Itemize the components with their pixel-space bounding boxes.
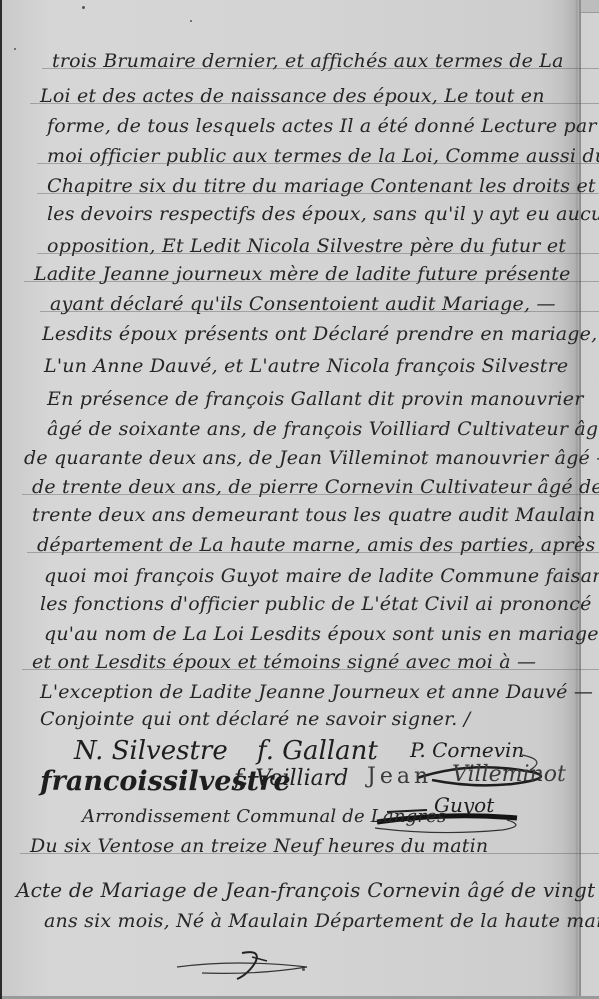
paraph-flourish <box>167 945 317 985</box>
body-line: Ladite Jeanne journeux mère de ladite fu… <box>34 265 599 284</box>
ink-speck <box>82 6 85 9</box>
signature-n-silvestre: N. Silvestre <box>74 738 228 764</box>
body-line: département de La haute marne, amis des … <box>37 536 599 555</box>
body-line: L'exception de Ladite Jeanne Journeux et… <box>40 683 599 702</box>
signature-f-gallant: f. Gallant <box>257 738 378 764</box>
body-line: Loi et des actes de naissance des époux,… <box>40 87 599 106</box>
body-line: âgé de soixante ans, de françois Voillia… <box>47 420 599 439</box>
signature-f-voilliard: f. Voilliard <box>234 768 348 790</box>
next-entry-line: ans six mois, Né à Maulain Département d… <box>44 912 599 931</box>
body-line: qu'au nom de La Loi Lesdits époux sont u… <box>44 625 599 644</box>
next-entry-line: Acte de Mariage de Jean-françois Cornevi… <box>16 880 591 900</box>
body-line: Chapitre six du titre du mariage Contena… <box>47 177 599 196</box>
body-line: Conjointe qui ont déclaré ne savoir sign… <box>40 710 599 729</box>
body-line: opposition, Et Ledit Nicola Silvestre pè… <box>47 237 599 256</box>
body-line: trente deux ans demeurant tous les quatr… <box>32 506 599 525</box>
page-tab-edge <box>580 0 599 13</box>
next-entry-header: Arrondissement Communal de Langres <box>82 808 599 826</box>
next-entry-date-line: Du six Ventose an treize Neuf heures du … <box>30 837 599 856</box>
body-line: moi officier public aux termes de la Loi… <box>47 147 599 166</box>
body-line: En présence de françois Gallant dit prov… <box>47 390 599 409</box>
body-line: de quarante deux ans, de Jean Villeminot… <box>24 449 599 468</box>
scanned-register-page: trois Brumaire dernier, et affichés aux … <box>0 0 599 999</box>
body-line: ayant déclaré qu'ils Consentoient audit … <box>50 295 599 314</box>
body-line: et ont Lesdits époux et témoins signé av… <box>32 653 599 672</box>
body-line: forme, de tous lesquels actes Il a été d… <box>47 117 599 136</box>
body-line: trois Brumaire dernier, et affichés aux … <box>52 52 599 71</box>
body-line: quoi moi françois Guyot maire de ladite … <box>44 567 599 586</box>
body-line: Lesdits époux présents ont Déclaré prend… <box>42 325 599 344</box>
ink-speck <box>14 48 16 50</box>
signature-villeminot: Villeminot <box>452 764 566 786</box>
body-line: les fonctions d'officier public de L'éta… <box>40 595 599 614</box>
body-line: de trente deux ans, de pierre Cornevin C… <box>32 478 599 497</box>
body-line: L'un Anne Dauvé, et L'autre Nicola franç… <box>44 357 599 376</box>
signature-jean: Jean <box>367 766 432 788</box>
ink-speck <box>190 20 192 22</box>
body-line: les devoirs respectifs des époux, sans q… <box>47 205 599 224</box>
